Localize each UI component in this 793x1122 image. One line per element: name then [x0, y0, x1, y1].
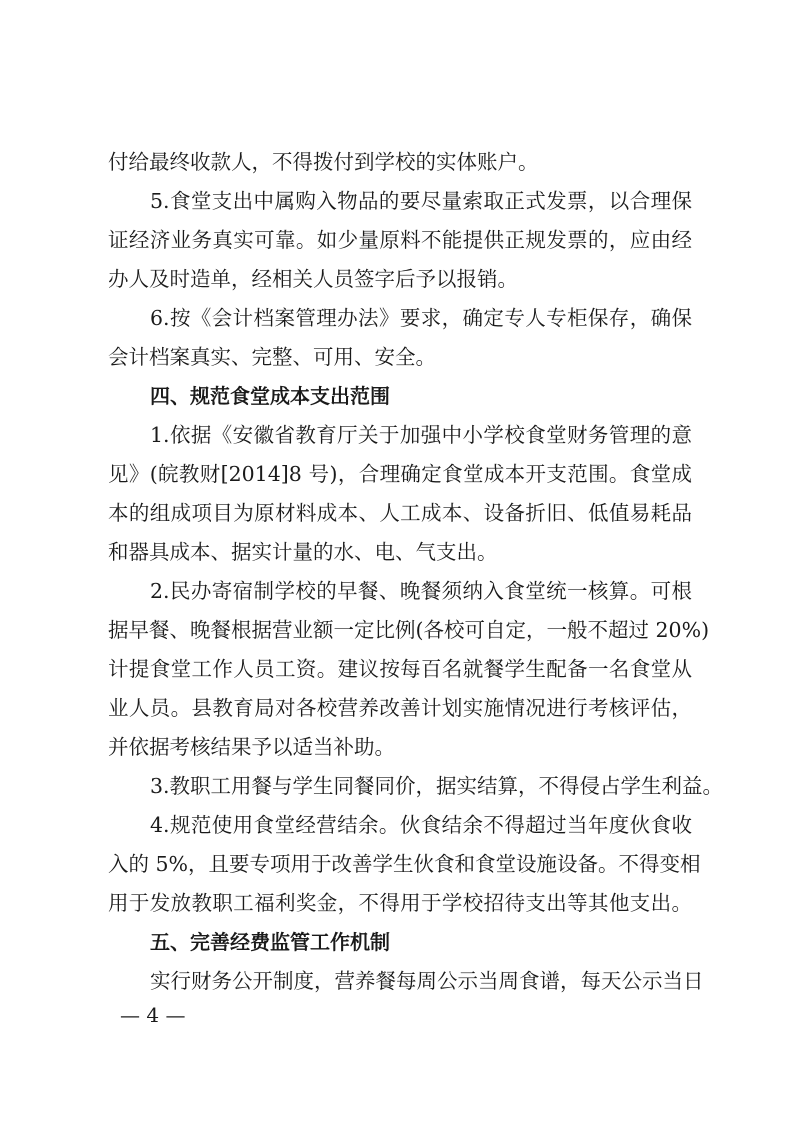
paragraph-line: 5.食堂支出中属购入物品的要尽量索取正式发票，以合理保: [150, 182, 692, 221]
section-heading: 五、完善经费监管工作机制: [150, 923, 692, 962]
paragraph-line: 并依据考核结果予以适当补助。: [108, 728, 692, 767]
paragraph-line: 和器具成本、据实计量的水、电、气支出。: [108, 533, 692, 572]
paragraph-line: 3.教职工用餐与学生同餐同价，据实结算，不得侵占学生利益。: [150, 767, 692, 806]
paragraph-line: 办人及时造单，经相关人员签字后予以报销。: [108, 260, 692, 299]
paragraph-line: 用于发放教职工福利奖金，不得用于学校招待支出等其他支出。: [108, 884, 692, 923]
paragraph-line: 2.民办寄宿制学校的早餐、晚餐须纳入食堂统一核算。可根: [150, 572, 692, 611]
section-heading: 四、规范食堂成本支出范围: [150, 377, 692, 416]
paragraph-line: 证经济业务真实可靠。如少量原料不能提供正规发票的，应由经: [108, 221, 692, 260]
paragraph-line: 业人员。县教育局对各校营养改善计划实施情况进行考核评估，: [108, 689, 692, 728]
paragraph-line: 付给最终收款人，不得拨付到学校的实体账户。: [108, 143, 692, 182]
paragraph-line: 见》(皖教财[2014]8 号)，合理确定食堂成本开支范围。食堂成: [108, 455, 692, 494]
paragraph-line: 实行财务公开制度，营养餐每周公示当周食谱，每天公示当日: [150, 962, 692, 1001]
paragraph-line: 计提食堂工作人员工资。建议按每百名就餐学生配备一名食堂从: [108, 650, 692, 689]
paragraph-line: 1.依据《安徽省教育厅关于加强中小学校食堂财务管理的意: [150, 416, 692, 455]
paragraph-line: 本的组成项目为原材料成本、人工成本、设备折旧、低值易耗品: [108, 494, 692, 533]
document-page: 付给最终收款人，不得拨付到学校的实体账户。 5.食堂支出中属购入物品的要尽量索取…: [0, 0, 793, 1122]
paragraph-line: 4.规范使用食堂经营结余。伙食结余不得超过当年度伙食收: [150, 806, 692, 845]
page-number: — 4 —: [120, 1000, 185, 1030]
paragraph-line: 6.按《会计档案管理办法》要求，确定专人专柜保存，确保: [150, 299, 692, 338]
paragraph-line: 会计档案真实、完整、可用、安全。: [108, 338, 692, 377]
paragraph-line: 入的 5%，且要专项用于改善学生伙食和食堂设施设备。不得变相: [108, 845, 692, 884]
paragraph-line: 据早餐、晚餐根据营业额一定比例(各校可自定，一般不超过 20%): [108, 611, 692, 650]
